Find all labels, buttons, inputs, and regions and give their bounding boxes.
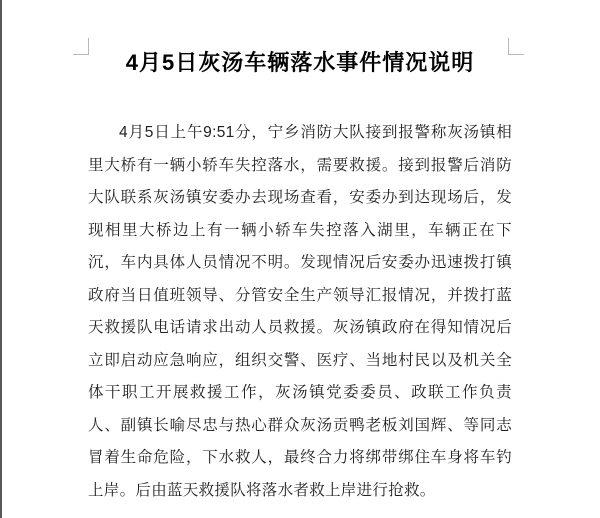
document-page: 4月5日灰汤车辆落水事件情况说明 4月5日上午9:51分，宁乡消防大队接到报警称… xyxy=(0,0,600,518)
document-body-paragraph[interactable]: 4月5日上午9:51分，宁乡消防大队接到报警称灰汤镇相里大桥有一辆小轿车失控落水… xyxy=(88,117,512,507)
document-title[interactable]: 4月5日灰汤车辆落水事件情况说明 xyxy=(0,48,600,78)
